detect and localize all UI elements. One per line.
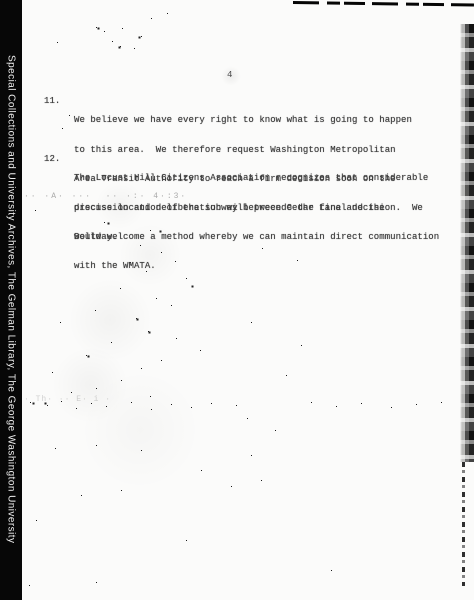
scan-smudges xyxy=(0,0,474,600)
text-line: would welcome a method whereby we can ma… xyxy=(74,233,449,243)
text-line: discussion and deliberation will precede… xyxy=(74,204,449,214)
text-line: with the WMATA. xyxy=(74,262,449,272)
paragraph-number: 11. xyxy=(44,97,60,107)
text-line: The Locust Hill Citizens Association rec… xyxy=(74,174,449,184)
scan-artifact-top-edge xyxy=(293,1,474,7)
scan-artifact-right-edge-thin xyxy=(462,462,465,586)
scanned-document-page: Special Collections and University Archi… xyxy=(0,0,474,600)
scan-artifact-right-edge xyxy=(459,24,474,462)
text-line: We believe we have every right to know w… xyxy=(74,116,449,126)
text-line: to this area. We therefore request Washi… xyxy=(74,146,449,156)
paragraph-text: The Locust Hill Citizens Association rec… xyxy=(74,155,449,291)
page-number: 4 xyxy=(227,70,232,80)
scan-ghost-text: · Th· ·· E· i · xyxy=(24,395,111,404)
archive-watermark-bar: Special Collections and University Archi… xyxy=(0,0,22,600)
scan-smudge-text: ·· ·A· ··· ·· ·:· 4·:3· xyxy=(24,192,187,201)
paragraph-number: 12. xyxy=(44,155,60,165)
numbered-paragraph-12: 12. The Locust Hill Citizens Association… xyxy=(44,155,449,291)
watermark-text: Special Collections and University Archi… xyxy=(6,55,17,543)
